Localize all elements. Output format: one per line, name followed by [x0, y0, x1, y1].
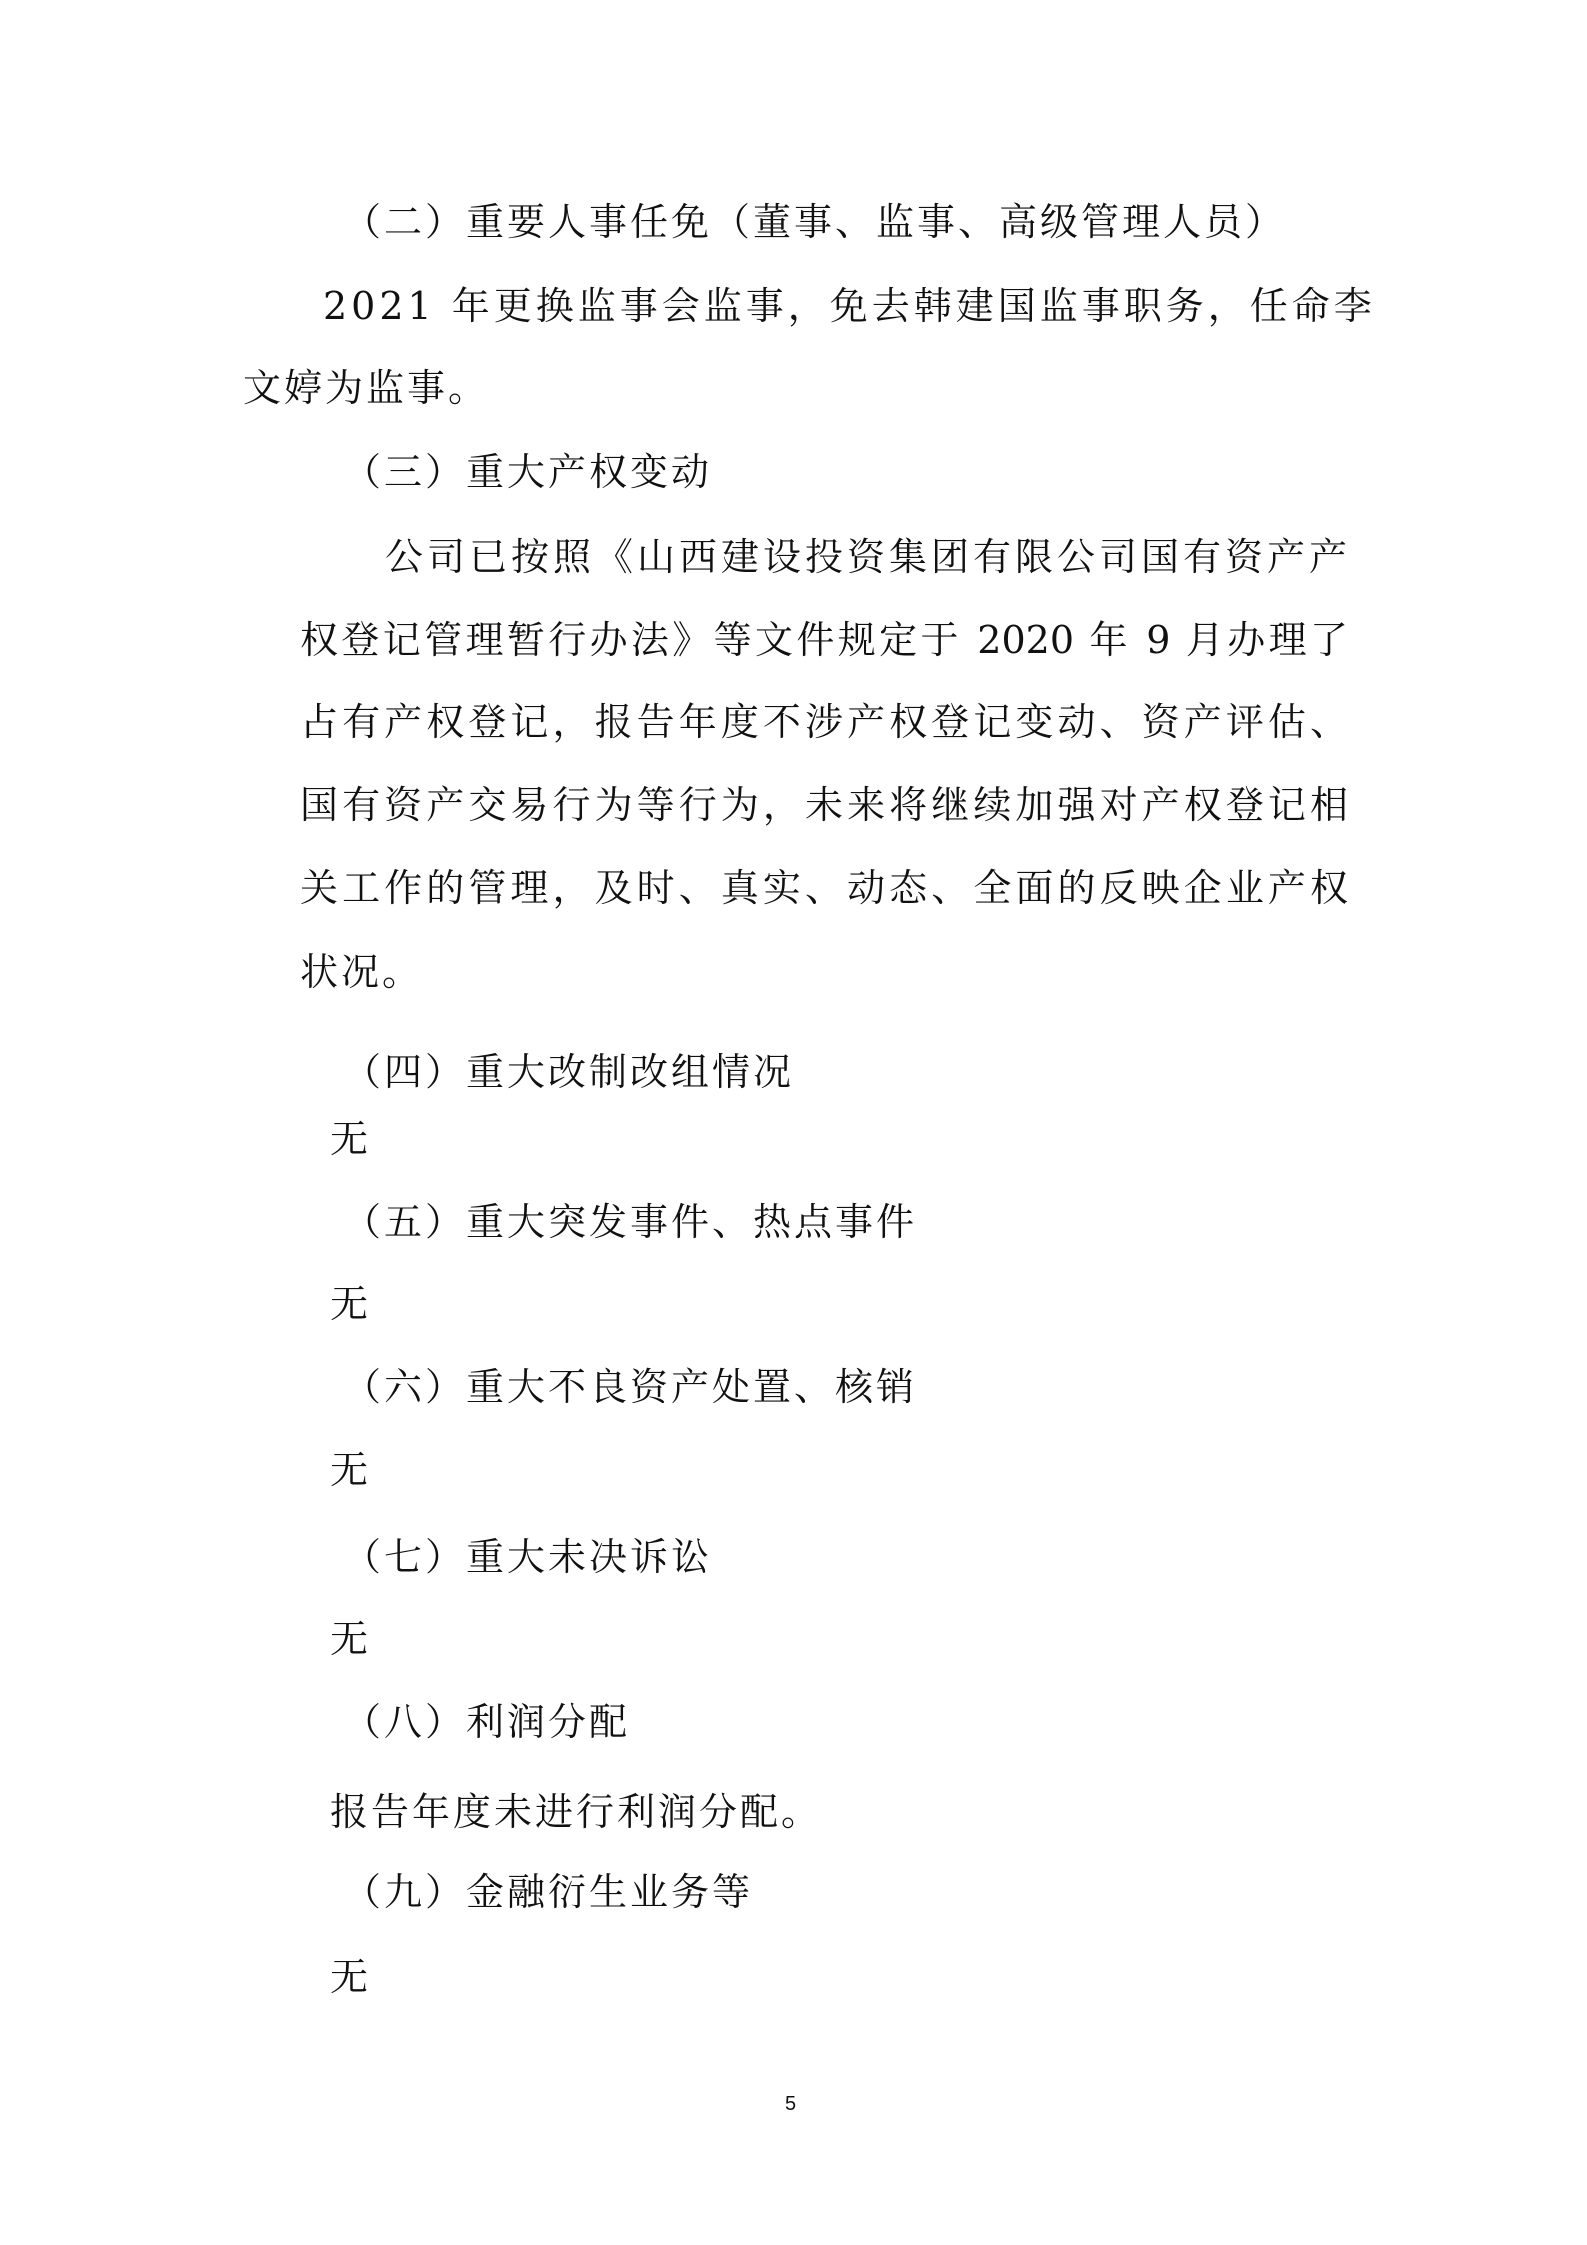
body-line: 占有产权登记，报告年度不涉产权登记变动、资产评估、 — [300, 700, 1348, 744]
body-line: 无 — [330, 1955, 371, 1999]
body-line-text: 公司已按照《山西建设投资集团有限公司国有资产产 — [385, 535, 1347, 579]
section-heading-profit-distribution: （八）利润分配 — [343, 1700, 630, 1744]
body-line: 报告年度未进行利润分配。 — [330, 1790, 822, 1834]
body-line: 无 — [330, 1117, 371, 1161]
page-number: 5 — [785, 2093, 796, 2116]
body-line: 无 — [330, 1617, 371, 1661]
body-line: 权登记管理暂行办法》等文件规定于 2020 年 9 月办理了 — [300, 618, 1348, 662]
body-line-text: 关工作的管理，及时、真实、动态、全面的反映企业产权 — [300, 866, 1348, 910]
body-line: 无 — [330, 1282, 371, 1326]
body-line: 状况。 — [300, 950, 423, 994]
section-heading-litigation: （七）重大未决诉讼 — [343, 1535, 712, 1579]
section-heading-bad-assets: （六）重大不良资产处置、核销 — [343, 1365, 917, 1409]
section-heading-derivatives: （九）金融衍生业务等 — [343, 1870, 753, 1914]
body-line: 公司已按照《山西建设投资集团有限公司国有资产产 — [385, 535, 1347, 579]
body-line: 国有资产交易行为等行为，未来将继续加强对产权登记相 — [300, 783, 1348, 827]
body-line-text: 国有资产交易行为等行为，未来将继续加强对产权登记相 — [300, 783, 1348, 827]
section-heading-restructuring: （四）重大改制改组情况 — [343, 1050, 794, 1094]
section-heading-personnel: （二）重要人事任免（董事、监事、高级管理人员） — [343, 200, 1286, 244]
body-line: 无 — [330, 1448, 371, 1492]
document-page: （二）重要人事任免（董事、监事、高级管理人员） 2021 年更换监事会监事，免去… — [0, 0, 1587, 2245]
body-line: 文婷为监事。 — [243, 366, 489, 410]
body-line-text: 权登记管理暂行办法》等文件规定于 2020 年 9 月办理了 — [300, 618, 1348, 662]
section-heading-property-rights: （三）重大产权变动 — [343, 450, 712, 494]
section-heading-emergencies: （五）重大突发事件、热点事件 — [343, 1200, 917, 1244]
body-line: 2021 年更换监事会监事，免去韩建国监事职务，任命李 — [323, 284, 1376, 328]
body-line-text: 占有产权登记，报告年度不涉产权登记变动、资产评估、 — [300, 700, 1348, 744]
body-line: 关工作的管理，及时、真实、动态、全面的反映企业产权 — [300, 866, 1348, 910]
